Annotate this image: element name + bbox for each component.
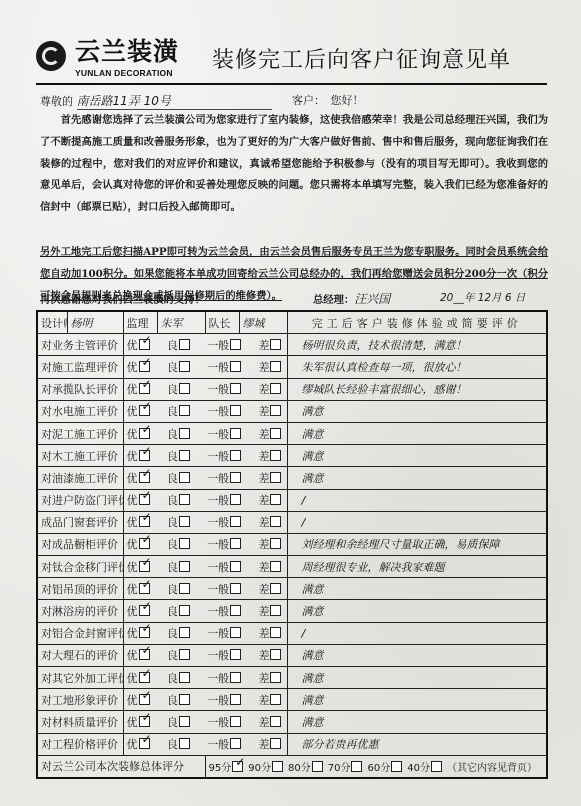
rating-option-label: 良 xyxy=(167,672,178,685)
checked-checkbox-icon[interactable] xyxy=(139,694,150,705)
rating-option[interactable]: 差 xyxy=(258,670,281,686)
checkbox-icon[interactable] xyxy=(230,716,241,727)
rating-options: 优良一般差 xyxy=(123,733,287,755)
evaluation-item-label: 对其它外加工评价 xyxy=(37,667,123,689)
evaluation-row: 对进户防盗门评价优良一般差/ xyxy=(37,489,547,511)
rating-option[interactable]: 良 xyxy=(167,337,190,353)
checkbox-icon[interactable] xyxy=(351,761,362,772)
rating-option[interactable]: 优 xyxy=(127,426,150,442)
rating-option-label: 良 xyxy=(167,516,178,529)
rating-option-label: 良 xyxy=(167,339,178,352)
checkbox-icon[interactable] xyxy=(179,361,190,372)
rating-option-label: 优 xyxy=(127,450,138,463)
rating-option-label: 优 xyxy=(127,494,138,507)
checkbox-icon[interactable] xyxy=(179,405,190,416)
checkbox-icon[interactable] xyxy=(179,561,190,572)
evaluation-comment[interactable]: 满意 xyxy=(287,445,547,467)
rating-option[interactable]: 差 xyxy=(258,603,281,619)
evaluation-comment[interactable]: / xyxy=(287,511,547,533)
checkbox-icon[interactable] xyxy=(270,583,281,594)
checkbox-icon[interactable] xyxy=(270,516,281,527)
score-option[interactable]: 95分 xyxy=(209,759,244,774)
checkbox-icon[interactable] xyxy=(270,339,281,350)
rating-option-label: 一般 xyxy=(207,649,229,662)
intro-paragraph: 首先感谢您选择了云兰装潢公司为您家进行了室内装修，这使我倍感荣幸！我是公司总经理… xyxy=(40,110,548,219)
evaluation-row: 对油漆施工评价优良一般差满意 xyxy=(37,467,547,489)
rating-option[interactable]: 良 xyxy=(167,647,190,663)
checkbox-icon[interactable] xyxy=(179,694,190,705)
evaluation-item-label: 对工地形象评价 xyxy=(37,689,123,711)
brand-name-en: YUNLAN DECORATION xyxy=(75,68,173,78)
rating-option[interactable]: 差 xyxy=(258,514,281,530)
rating-option[interactable]: 优 xyxy=(127,492,150,508)
checked-checkbox-icon[interactable] xyxy=(139,428,150,439)
rating-option-label: 优 xyxy=(127,605,138,618)
checkbox-icon[interactable] xyxy=(230,649,241,660)
rating-option-label: 良 xyxy=(167,538,178,551)
rating-option-label: 差 xyxy=(258,450,269,463)
checked-checkbox-icon[interactable] xyxy=(139,472,150,483)
rating-option[interactable]: 差 xyxy=(258,448,281,464)
rating-option[interactable]: 一般 xyxy=(207,581,241,597)
rating-option[interactable]: 差 xyxy=(258,625,281,641)
rating-option-label: 一般 xyxy=(207,361,229,374)
evaluation-comment[interactable]: 满意 xyxy=(287,711,547,733)
rating-option-label: 差 xyxy=(258,627,269,640)
rating-option-label: 优 xyxy=(127,694,138,707)
rating-option[interactable]: 优 xyxy=(127,536,150,552)
checked-checkbox-icon[interactable] xyxy=(139,494,150,505)
rating-option[interactable]: 差 xyxy=(258,736,281,752)
checkbox-icon[interactable] xyxy=(179,538,190,549)
checkbox-icon[interactable] xyxy=(179,516,190,527)
foreman-label: 队长 xyxy=(205,311,239,334)
score-option-label: 70分 xyxy=(328,763,351,774)
rating-option[interactable]: 优 xyxy=(127,448,150,464)
rating-option[interactable]: 差 xyxy=(258,536,281,552)
evaluation-comment[interactable]: 满意 xyxy=(287,689,547,711)
rating-option[interactable]: 优 xyxy=(127,359,150,375)
evaluation-row: 对其它外加工评价优良一般差满意 xyxy=(37,667,547,689)
evaluation-comment[interactable]: 刘经理和余经理尺寸量取正确，易质保障 xyxy=(287,533,547,555)
general-manager-signature: 总经理：汪兴国 xyxy=(313,290,390,307)
checkbox-icon[interactable] xyxy=(270,649,281,660)
rating-option[interactable]: 良 xyxy=(167,448,190,464)
rating-option-label: 一般 xyxy=(207,428,229,441)
checked-checkbox-icon[interactable] xyxy=(139,361,150,372)
rating-option[interactable]: 良 xyxy=(167,559,190,575)
rating-option[interactable]: 良 xyxy=(167,603,190,619)
checkbox-icon[interactable] xyxy=(270,472,281,483)
evaluation-row: 对成品橱柜评价优良一般差刘经理和余经理尺寸量取正确，易质保障 xyxy=(37,533,547,555)
rating-options: 优良一般差 xyxy=(123,689,287,711)
rating-option[interactable]: 一般 xyxy=(207,736,241,752)
rating-option-label: 优 xyxy=(127,472,138,485)
rating-option[interactable]: 差 xyxy=(258,581,281,597)
checkbox-icon[interactable] xyxy=(230,339,241,350)
checkbox-icon[interactable] xyxy=(391,761,402,772)
checked-checkbox-icon[interactable] xyxy=(139,583,150,594)
greeting-prefix: 尊敬的 xyxy=(40,95,73,108)
rating-option-label: 差 xyxy=(258,428,269,441)
checkbox-icon[interactable] xyxy=(179,672,190,683)
rating-option-label: 差 xyxy=(258,516,269,529)
rating-option[interactable]: 一般 xyxy=(207,492,241,508)
rating-option-label: 一般 xyxy=(207,383,229,396)
rating-option[interactable]: 良 xyxy=(167,692,190,708)
evaluation-comment[interactable]: / xyxy=(287,622,547,644)
evaluation-row: 对木工施工评价优良一般差满意 xyxy=(37,445,547,467)
rating-option[interactable]: 优 xyxy=(127,736,150,752)
rating-option-label: 良 xyxy=(167,627,178,640)
evaluation-item-label: 对施工监理评价 xyxy=(37,356,123,378)
checkbox-icon[interactable] xyxy=(270,672,281,683)
checked-checkbox-icon[interactable] xyxy=(139,627,150,638)
checkbox-icon[interactable] xyxy=(230,538,241,549)
checkbox-icon[interactable] xyxy=(270,361,281,372)
checked-checkbox-icon[interactable] xyxy=(139,450,150,461)
rating-option-label: 良 xyxy=(167,716,178,729)
rating-option-label: 差 xyxy=(258,405,269,418)
checkbox-icon[interactable] xyxy=(230,583,241,594)
checked-checkbox-icon[interactable] xyxy=(139,516,150,527)
checkbox-icon[interactable] xyxy=(270,494,281,505)
checkbox-icon[interactable] xyxy=(230,405,241,416)
score-option[interactable]: 60分 xyxy=(368,759,403,774)
checkbox-icon[interactable] xyxy=(270,716,281,727)
checked-checkbox-icon[interactable] xyxy=(139,672,150,683)
rating-option-label: 良 xyxy=(167,694,178,707)
evaluation-comment[interactable]: 杨明很负责，技术很清楚，满意！ xyxy=(287,334,547,356)
checkbox-icon[interactable] xyxy=(270,694,281,705)
evaluation-comment[interactable]: 满意 xyxy=(287,422,547,444)
greeting-line: 尊敬的 南岳路11弄 10号 客户： 您好！ xyxy=(40,92,272,110)
rating-option-label: 差 xyxy=(258,738,269,751)
rating-option-label: 良 xyxy=(167,561,178,574)
evaluation-item-label: 对大理石的评价 xyxy=(37,644,123,666)
rating-option-label: 一般 xyxy=(207,605,229,618)
rating-option[interactable]: 差 xyxy=(258,359,281,375)
evaluation-comment[interactable]: 满意 xyxy=(287,644,547,666)
checked-checkbox-icon[interactable] xyxy=(139,405,150,416)
rating-option[interactable]: 优 xyxy=(127,559,150,575)
score-option-label: 80分 xyxy=(288,763,311,774)
rating-option-label: 良 xyxy=(167,494,178,507)
rating-option[interactable]: 良 xyxy=(167,492,190,508)
evaluation-item-label: 对油漆施工评价 xyxy=(37,467,123,489)
rating-option-label: 差 xyxy=(258,694,269,707)
rating-option-label: 优 xyxy=(127,649,138,662)
evaluation-row: 对泥工施工评价优良一般差满意 xyxy=(37,422,547,444)
checkbox-icon[interactable] xyxy=(179,383,190,394)
rating-options: 优良一般差 xyxy=(123,533,287,555)
customer-address-field: 南岳路11弄 10号 xyxy=(77,92,272,110)
rating-option-label: 差 xyxy=(258,339,269,352)
rating-option[interactable]: 一般 xyxy=(207,647,241,663)
checkbox-icon[interactable] xyxy=(230,428,241,439)
rating-options: 优良一般差 xyxy=(123,356,287,378)
checked-checkbox-icon[interactable] xyxy=(139,649,150,660)
rating-option[interactable]: 良 xyxy=(167,736,190,752)
rating-option[interactable]: 一般 xyxy=(207,714,241,730)
rating-options: 优良一般差 xyxy=(123,556,287,578)
designer-label: 设计师 xyxy=(37,311,67,334)
evaluation-form: 设计师 杨明 监理 朱军 队长 缪城 完工后客户装修体验或简要评价 对业务主管评… xyxy=(36,310,548,779)
checked-checkbox-icon[interactable] xyxy=(139,383,150,394)
rating-option-label: 良 xyxy=(167,361,178,374)
rating-option[interactable]: 一般 xyxy=(207,670,241,686)
rating-option[interactable]: 一般 xyxy=(207,625,241,641)
greeting-suffix: 客户： 您好！ xyxy=(292,92,364,108)
rating-option[interactable]: 优 xyxy=(127,692,150,708)
rating-option[interactable]: 优 xyxy=(127,337,150,353)
rating-option[interactable]: 良 xyxy=(167,514,190,530)
rating-option-label: 良 xyxy=(167,472,178,485)
rating-option-label: 差 xyxy=(258,472,269,485)
rating-option-label: 差 xyxy=(258,716,269,729)
checkbox-icon[interactable] xyxy=(179,716,190,727)
checkbox-icon[interactable] xyxy=(179,450,190,461)
checkbox-icon[interactable] xyxy=(270,405,281,416)
checked-checkbox-icon[interactable] xyxy=(139,339,150,350)
rating-option[interactable]: 差 xyxy=(258,337,281,353)
rating-option[interactable]: 差 xyxy=(258,714,281,730)
rating-option[interactable]: 优 xyxy=(127,581,150,597)
signature-date: 20__年 12月 6 日 xyxy=(440,290,525,305)
evaluation-comment[interactable]: 缪城队长经验丰富很细心，感谢！ xyxy=(287,378,547,400)
rating-option[interactable]: 差 xyxy=(258,426,281,442)
evaluation-row: 对承揽队长评价优良一般差缪城队长经验丰富很细心，感谢！ xyxy=(37,378,547,400)
checkbox-icon[interactable] xyxy=(230,738,241,749)
rating-option[interactable]: 差 xyxy=(258,403,281,419)
evaluation-item-label: 对材料质量评价 xyxy=(37,711,123,733)
score-option[interactable]: 40分 xyxy=(407,759,442,774)
overall-score-options: 95分90分80分70分60分40分（其它内容见背页） xyxy=(205,755,547,778)
rating-options: 优良一般差 xyxy=(123,445,287,467)
evaluation-item-label: 对钛合金移门评价 xyxy=(37,556,123,578)
rating-option-label: 优 xyxy=(127,516,138,529)
rating-option-label: 一般 xyxy=(207,450,229,463)
checkbox-icon[interactable] xyxy=(230,361,241,372)
checkbox-icon[interactable] xyxy=(230,561,241,572)
evaluation-comment[interactable]: 朱军很认真检查每一项，很放心！ xyxy=(287,356,547,378)
rating-option[interactable]: 良 xyxy=(167,470,190,486)
rating-option-label: 一般 xyxy=(207,494,229,507)
score-option[interactable]: 80分 xyxy=(288,759,323,774)
evaluation-row: 对大理石的评价优良一般差满意 xyxy=(37,644,547,666)
rating-option[interactable]: 良 xyxy=(167,359,190,375)
rating-option[interactable]: 优 xyxy=(127,381,150,397)
rating-option-label: 良 xyxy=(167,450,178,463)
evaluation-comment[interactable]: 满意 xyxy=(287,600,547,622)
evaluation-comment[interactable]: 满意 xyxy=(287,467,547,489)
checkbox-icon[interactable] xyxy=(230,627,241,638)
rating-option-label: 差 xyxy=(258,383,269,396)
rating-option[interactable]: 一般 xyxy=(207,603,241,619)
yunlan-logo-icon xyxy=(36,41,66,71)
checkbox-icon[interactable] xyxy=(270,383,281,394)
rating-option-label: 一般 xyxy=(207,583,229,596)
checkbox-icon[interactable] xyxy=(431,761,442,772)
evaluation-item-label: 对水电施工评价 xyxy=(37,400,123,422)
checkbox-icon[interactable] xyxy=(179,627,190,638)
overall-score-row: 对云兰公司本次装修总体评分95分90分80分70分60分40分（其它内容见背页） xyxy=(37,755,547,778)
rating-option[interactable]: 一般 xyxy=(207,448,241,464)
rating-option-label: 差 xyxy=(258,583,269,596)
rating-option[interactable]: 优 xyxy=(127,647,150,663)
checkbox-icon[interactable] xyxy=(179,494,190,505)
rating-option-label: 优 xyxy=(127,405,138,418)
rating-option-label: 一般 xyxy=(207,716,229,729)
checkbox-icon[interactable] xyxy=(179,583,190,594)
checkbox-icon[interactable] xyxy=(230,472,241,483)
evaluation-comment[interactable]: 满意 xyxy=(287,400,547,422)
evaluation-item-label: 对木工施工评价 xyxy=(37,445,123,467)
rating-option-label: 良 xyxy=(167,383,178,396)
rating-option-label: 一般 xyxy=(207,561,229,574)
evaluation-comment[interactable]: 周经理很专业，解决我家难题 xyxy=(287,556,547,578)
score-option-label: 90分 xyxy=(248,763,271,774)
checkbox-icon[interactable] xyxy=(230,516,241,527)
rating-option[interactable]: 一般 xyxy=(207,337,241,353)
rating-option[interactable]: 优 xyxy=(127,514,150,530)
checkbox-icon[interactable] xyxy=(230,672,241,683)
checkbox-icon[interactable] xyxy=(270,538,281,549)
checkbox-icon[interactable] xyxy=(179,472,190,483)
score-option-label: 95分 xyxy=(209,763,232,774)
checkbox-icon[interactable] xyxy=(179,605,190,616)
checkbox-icon[interactable] xyxy=(230,450,241,461)
rating-option[interactable]: 一般 xyxy=(207,470,241,486)
evaluation-comment[interactable]: 满意 xyxy=(287,667,547,689)
rating-option[interactable]: 一般 xyxy=(207,514,241,530)
evaluation-row: 对施工监理评价优良一般差朱军很认真检查每一项，很放心！ xyxy=(37,356,547,378)
rating-options: 优良一般差 xyxy=(123,511,287,533)
checked-checkbox-icon[interactable] xyxy=(139,538,150,549)
checked-checkbox-icon[interactable] xyxy=(139,561,150,572)
evaluation-comment[interactable]: 部分若贵再优惠 xyxy=(287,733,547,755)
rating-option-label: 一般 xyxy=(207,405,229,418)
rating-option-label: 优 xyxy=(127,428,138,441)
checkbox-icon[interactable] xyxy=(179,428,190,439)
gm-label: 总经理： xyxy=(313,294,354,306)
rating-option[interactable]: 一般 xyxy=(207,559,241,575)
checkbox-icon[interactable] xyxy=(230,383,241,394)
checked-checkbox-icon[interactable] xyxy=(139,605,150,616)
checkbox-icon[interactable] xyxy=(230,694,241,705)
rating-options: 优良一般差 xyxy=(123,667,287,689)
checked-checkbox-icon[interactable] xyxy=(139,738,150,749)
score-option-label: 60分 xyxy=(368,763,391,774)
rating-option-label: 差 xyxy=(258,649,269,662)
rating-option[interactable]: 优 xyxy=(127,603,150,619)
rating-option[interactable]: 良 xyxy=(167,403,190,419)
evaluation-comment[interactable]: / xyxy=(287,489,547,511)
rating-option-label: 优 xyxy=(127,561,138,574)
checkbox-icon[interactable] xyxy=(270,738,281,749)
score-option[interactable]: 90分 xyxy=(248,759,283,774)
rating-option[interactable]: 一般 xyxy=(207,381,241,397)
rating-option-label: 优 xyxy=(127,627,138,640)
evaluation-row: 对材料质量评价优良一般差满意 xyxy=(37,711,547,733)
checkbox-icon[interactable] xyxy=(312,761,323,772)
rating-option[interactable]: 良 xyxy=(167,536,190,552)
checkbox-icon[interactable] xyxy=(179,339,190,350)
rating-option[interactable]: 良 xyxy=(167,625,190,641)
rating-option[interactable]: 优 xyxy=(127,625,150,641)
rating-option-label: 良 xyxy=(167,428,178,441)
rating-option[interactable]: 良 xyxy=(167,426,190,442)
checkbox-icon[interactable] xyxy=(270,627,281,638)
rating-options: 优良一般差 xyxy=(123,711,287,733)
rating-option[interactable]: 差 xyxy=(258,470,281,486)
evaluation-row: 对钛合金移门评价优良一般差周经理很专业，解决我家难题 xyxy=(37,556,547,578)
score-option[interactable]: 70分 xyxy=(328,759,363,774)
checkbox-icon[interactable] xyxy=(179,649,190,660)
rating-option-label: 良 xyxy=(167,583,178,596)
rating-option[interactable]: 差 xyxy=(258,381,281,397)
rating-option[interactable]: 良 xyxy=(167,381,190,397)
rating-option[interactable]: 差 xyxy=(258,647,281,663)
rating-options: 优良一般差 xyxy=(123,578,287,600)
checkbox-icon[interactable] xyxy=(270,605,281,616)
checkbox-icon[interactable] xyxy=(230,494,241,505)
evaluation-row: 对铝合金封窗评价优良一般差/ xyxy=(37,622,547,644)
checkbox-icon[interactable] xyxy=(230,605,241,616)
checkbox-icon[interactable] xyxy=(270,428,281,439)
checked-checkbox-icon[interactable] xyxy=(139,716,150,727)
comment-column-header: 完工后客户装修体验或简要评价 xyxy=(287,311,547,334)
rating-option[interactable]: 一般 xyxy=(207,536,241,552)
rating-option-label: 良 xyxy=(167,605,178,618)
rating-option-label: 优 xyxy=(127,738,138,751)
rating-option-label: 一般 xyxy=(207,672,229,685)
rating-option[interactable]: 良 xyxy=(167,714,190,730)
closing-line: 再次感谢您对我们云兰装潢的支持！ xyxy=(40,291,205,306)
rating-option-label: 差 xyxy=(258,538,269,551)
staff-row: 设计师 杨明 监理 朱军 队长 缪城 完工后客户装修体验或简要评价 xyxy=(37,311,547,334)
rating-option[interactable]: 良 xyxy=(167,670,190,686)
supervisor-label: 监理 xyxy=(123,311,157,334)
rating-option[interactable]: 优 xyxy=(127,714,150,730)
rating-option-label: 差 xyxy=(258,605,269,618)
checkbox-icon[interactable] xyxy=(179,738,190,749)
rating-option[interactable]: 一般 xyxy=(207,692,241,708)
rating-option-label: 差 xyxy=(258,561,269,574)
rating-option[interactable]: 一般 xyxy=(207,426,241,442)
rating-option[interactable]: 优 xyxy=(127,470,150,486)
rating-option[interactable]: 优 xyxy=(127,670,150,686)
rating-option[interactable]: 差 xyxy=(258,492,281,508)
rating-option-label: 一般 xyxy=(207,538,229,551)
rating-option-label: 一般 xyxy=(207,472,229,485)
checkbox-icon[interactable] xyxy=(270,450,281,461)
rating-options: 优良一般差 xyxy=(123,600,287,622)
rating-option[interactable]: 差 xyxy=(258,692,281,708)
rating-option[interactable]: 优 xyxy=(127,403,150,419)
evaluation-comment[interactable]: 满意 xyxy=(287,578,547,600)
rating-option[interactable]: 差 xyxy=(258,559,281,575)
rating-option[interactable]: 良 xyxy=(167,581,190,597)
checkbox-icon[interactable] xyxy=(272,761,283,772)
rating-option[interactable]: 一般 xyxy=(207,359,241,375)
rating-option-label: 优 xyxy=(127,339,138,352)
checked-checkbox-icon[interactable] xyxy=(232,761,243,772)
brand-name-cn: 云兰装潢 xyxy=(75,38,179,66)
checkbox-icon[interactable] xyxy=(270,561,281,572)
rating-option[interactable]: 一般 xyxy=(207,403,241,419)
header-divider xyxy=(36,83,547,85)
